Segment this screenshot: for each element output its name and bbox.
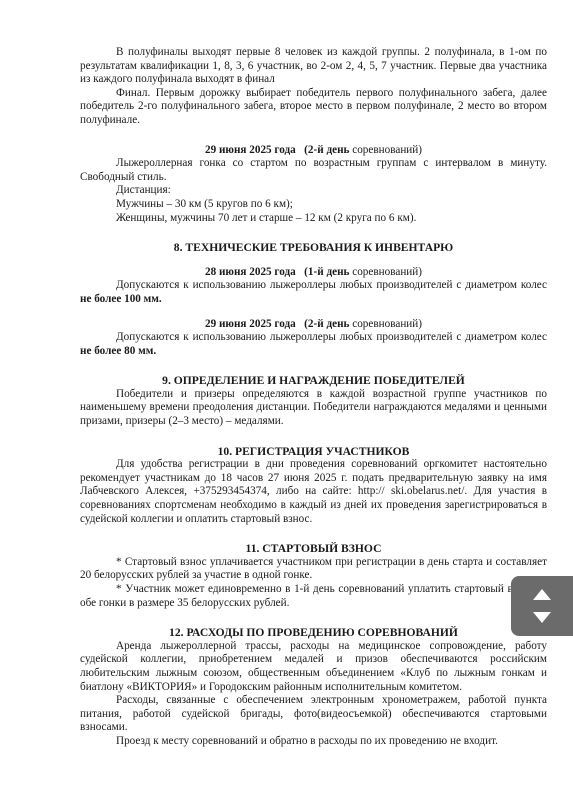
day2-race-date-heading: 29 июня 2025 года (2-й день соревнований… bbox=[80, 144, 547, 158]
section-9-heading: 9. ОПРЕДЕЛЕНИЕ И НАГРАЖДЕНИЕ ПОБЕДИТЕЛЕЙ bbox=[80, 374, 547, 388]
scroll-down-icon[interactable] bbox=[533, 612, 551, 623]
section-11-paragraph-1: * Стартовый взнос уплачивается участнико… bbox=[80, 556, 547, 583]
semifinals-paragraph: В полуфиналы выходят первые 8 человек из… bbox=[80, 46, 547, 87]
day-number: (2-й день bbox=[304, 318, 349, 330]
section-8-day1-heading: 28 июня 2025 года (1-й день соревнований… bbox=[80, 266, 547, 280]
final-paragraph: Финал. Первым дорожку выбирает победител… bbox=[80, 87, 547, 128]
page-scroll-widget[interactable] bbox=[511, 576, 573, 636]
wheel-limit: не более 80 мм. bbox=[80, 345, 156, 357]
section-10-paragraph: Для удобства регистрации в дни проведени… bbox=[80, 458, 547, 526]
section-11-heading: 11. СТАРТОВЫЙ ВЗНОС bbox=[80, 542, 547, 556]
day-number: (1-й день bbox=[304, 266, 349, 278]
day-suffix: соревнований) bbox=[349, 318, 422, 330]
distance-women: Женщины, мужчины 70 лет и старше – 12 км… bbox=[80, 212, 547, 226]
section-12-paragraph-3: Проезд к месту соревнований и обратно в … bbox=[80, 735, 547, 749]
section-10-heading: 10. РЕГИСТРАЦИЯ УЧАСТНИКОВ bbox=[80, 445, 547, 459]
day2-race-description: Лыжероллерная гонка со стартом по возрас… bbox=[80, 157, 547, 184]
section-8-day2-heading: 29 июня 2025 года (2-й день соревнований… bbox=[80, 318, 547, 332]
section-8-day2-text: Допускаются к использованию лыжероллеры … bbox=[80, 331, 547, 358]
section-9-paragraph: Победители и призеры определяются в кажд… bbox=[80, 388, 547, 429]
day-suffix: соревнований) bbox=[349, 144, 422, 156]
scroll-up-icon[interactable] bbox=[533, 589, 551, 600]
section-8-day1-text: Допускаются к использованию лыжероллеры … bbox=[80, 279, 547, 306]
date: 29 июня 2025 года bbox=[205, 144, 296, 156]
section-11-paragraph-2: * Участник может единовременно в 1-й ден… bbox=[80, 583, 547, 610]
day-suffix: соревнований) bbox=[349, 266, 422, 278]
section-12-heading: 12. РАСХОДЫ ПО ПРОВЕДЕНИЮ СОРЕВНОВАНИЙ bbox=[80, 626, 547, 640]
distance-men: Мужчины – 30 км (5 кругов по 6 км); bbox=[80, 198, 547, 212]
date: 28 июня 2025 года bbox=[205, 266, 296, 278]
equipment-text: Допускаются к использованию лыжероллеры … bbox=[116, 331, 547, 343]
section-12-paragraph-1: Аренда лыжероллерной трассы, расходы на … bbox=[80, 640, 547, 694]
section-8-heading: 8. ТЕХНИЧЕСКИЕ ТРЕБОВАНИЯ К ИНВЕНТАРЮ bbox=[80, 241, 547, 255]
section-12-paragraph-2: Расходы, связанные с обеспечением электр… bbox=[80, 694, 547, 735]
equipment-text: Допускаются к использованию лыжероллеры … bbox=[116, 279, 547, 291]
document-page: В полуфиналы выходят первые 8 человек из… bbox=[80, 46, 547, 749]
day-number: (2-й день bbox=[304, 144, 349, 156]
wheel-limit: не более 100 мм. bbox=[80, 293, 162, 305]
date: 29 июня 2025 года bbox=[205, 318, 296, 330]
distance-label: Дистанция: bbox=[80, 184, 547, 198]
